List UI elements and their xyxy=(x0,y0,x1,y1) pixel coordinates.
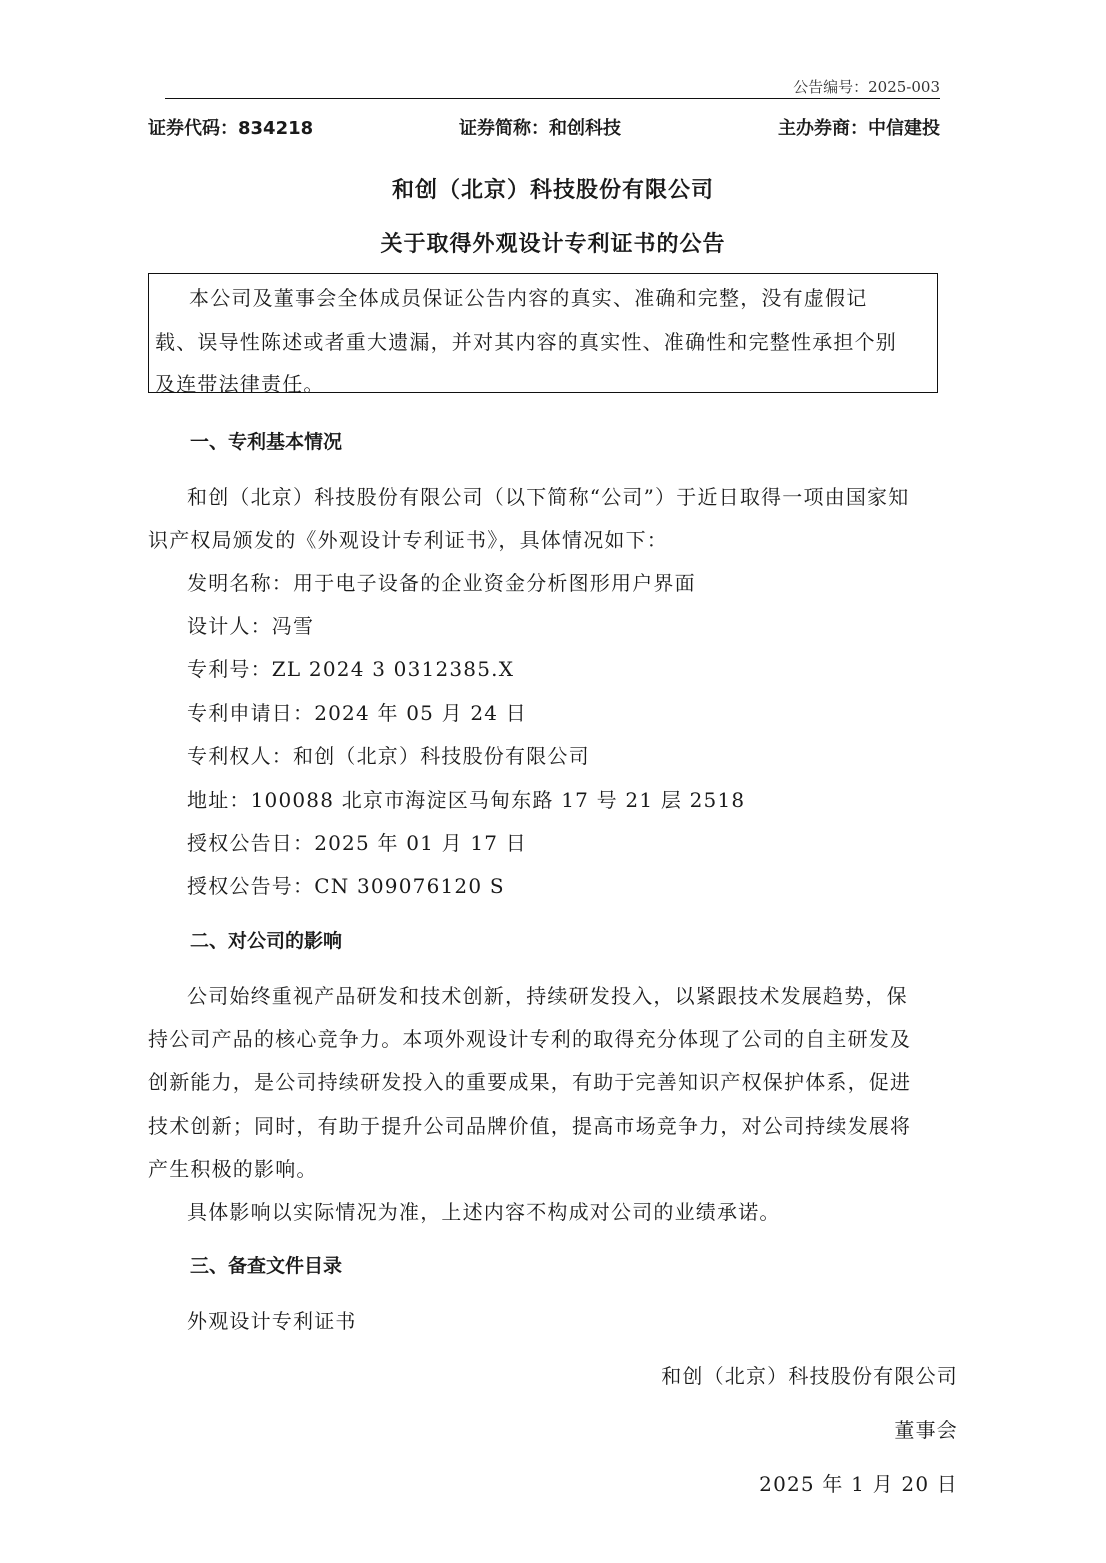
disclaimer-line: 载、误导性陈述或者重大遗漏，并对其内容的真实性、准确性和完整性承担个别 xyxy=(155,326,897,355)
disclaimer-line: 本公司及董事会全体成员保证公告内容的真实、准确和完整，没有虚假记 xyxy=(189,282,867,311)
paragraph-line: 技术创新；同时，有助于提升公司品牌价值，提高市场竞争力，对公司持续发展将 xyxy=(148,1110,911,1139)
field-grant-number: 授权公告号：CN 309076120 S xyxy=(187,870,505,899)
disclaimer-box: 本公司及董事会全体成员保证公告内容的真实、准确和完整，没有虚假记 载、误导性陈述… xyxy=(148,273,938,393)
section-heading: 一、专利基本情况 xyxy=(190,427,342,454)
field-designer: 设计人：冯雪 xyxy=(187,610,314,639)
stock-abbreviation: 证券简称：和创科技 xyxy=(459,114,621,140)
signature-board: 董事会 xyxy=(894,1414,958,1443)
field-patentee: 专利权人：和创（北京）科技股份有限公司 xyxy=(187,740,590,769)
stock-code: 证券代码：834218 xyxy=(148,114,313,140)
announcement-title: 关于取得外观设计专利证书的公告 xyxy=(0,227,1106,258)
signature-date: 2025 年 1 月 20 日 xyxy=(759,1468,958,1497)
reference-document-item: 外观设计专利证书 xyxy=(187,1305,357,1334)
header-divider xyxy=(165,98,940,99)
paragraph-line: 公司始终重视产品研发和技术创新，持续研发投入，以紧跟技术发展趋势，保 xyxy=(187,980,908,1009)
announcement-number: 公告编号：2025-003 xyxy=(793,76,940,97)
paragraph-line: 识产权局颁发的《外观设计专利证书》，具体情况如下： xyxy=(148,524,668,553)
field-design-name: 发明名称：用于电子设备的企业资金分析图形用户界面 xyxy=(187,567,696,596)
company-title: 和创（北京）科技股份有限公司 xyxy=(0,173,1106,204)
field-patent-number: 专利号：ZL 2024 3 0312385.X xyxy=(187,653,514,682)
section-heading: 二、对公司的影响 xyxy=(190,926,342,953)
paragraph-line: 持公司产品的核心竞争力。本项外观设计专利的取得充分体现了公司的自主研发及 xyxy=(148,1023,911,1052)
field-application-date: 专利申请日：2024 年 05 月 24 日 xyxy=(187,697,527,726)
section-heading: 三、备查文件目录 xyxy=(190,1251,342,1278)
paragraph-line: 产生积极的影响。 xyxy=(148,1153,318,1182)
field-address: 地址：100088 北京市海淀区马甸东路 17 号 21 层 2518 xyxy=(187,784,745,813)
paragraph-line: 创新能力，是公司持续研发投入的重要成果，有助于完善知识产权保护体系，促进 xyxy=(148,1066,911,1095)
disclaimer-note: 具体影响以实际情况为准，上述内容不构成对公司的业绩承诺。 xyxy=(187,1196,781,1225)
signature-company: 和创（北京）科技股份有限公司 xyxy=(661,1360,958,1389)
sponsor-broker: 主办券商：中信建投 xyxy=(778,114,940,140)
field-grant-date: 授权公告日：2025 年 01 月 17 日 xyxy=(187,827,527,856)
disclaimer-line: 及连带法律责任。 xyxy=(155,368,325,397)
paragraph-line: 和创（北京）科技股份有限公司（以下简称“公司”）于近日取得一项由国家知 xyxy=(187,481,909,510)
